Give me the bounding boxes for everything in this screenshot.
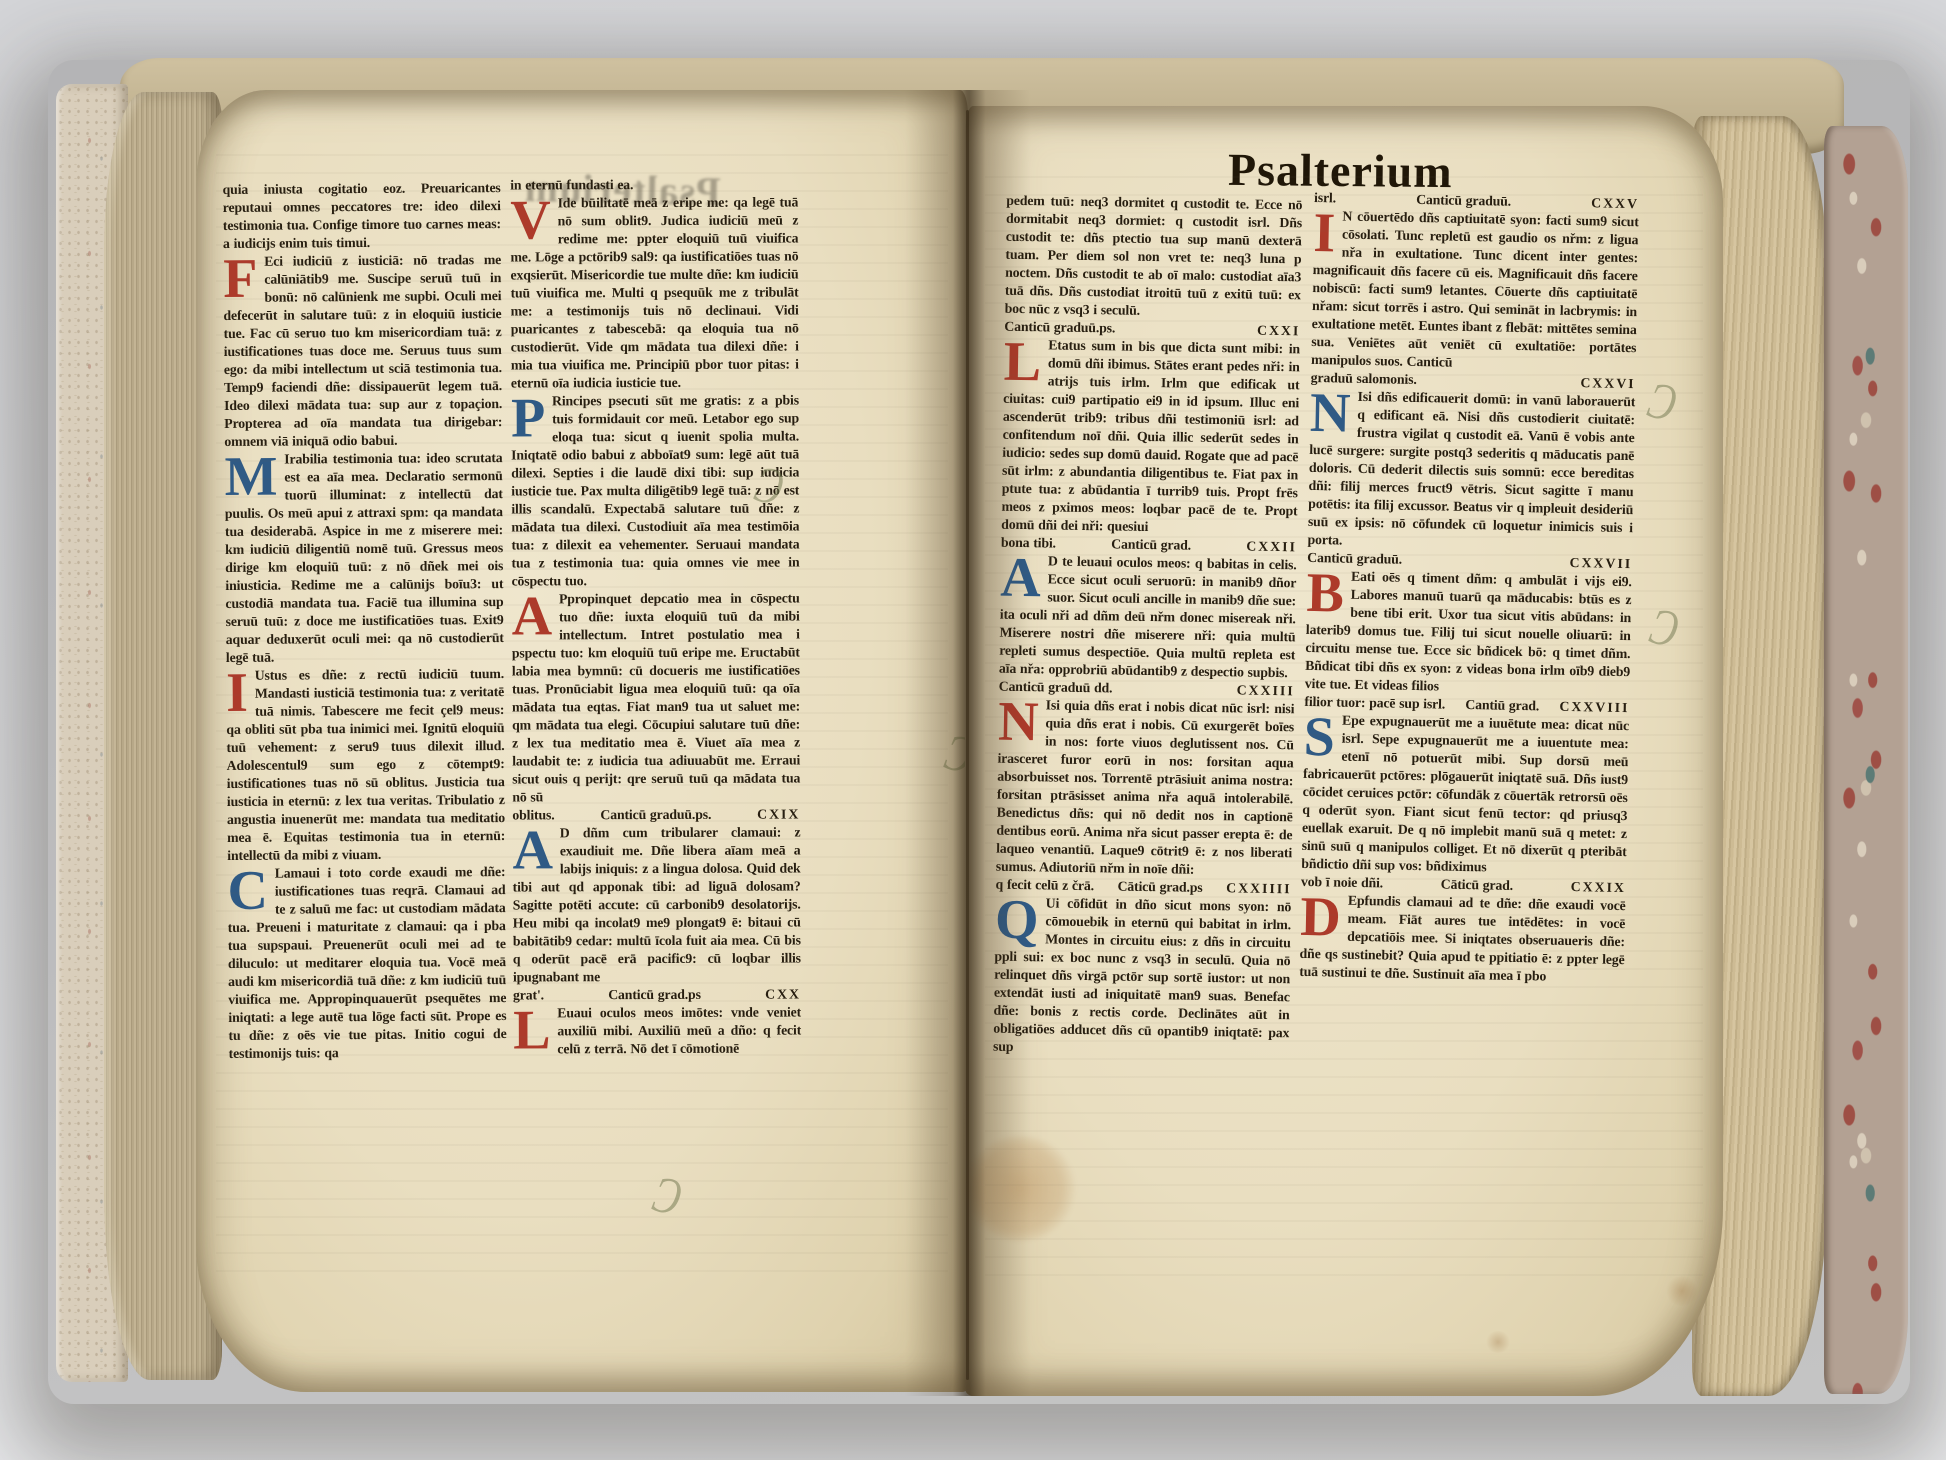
psalm-numeral: CXXVI <box>1580 374 1636 393</box>
psalm-paragraph: PRincipes psecuti sūt me gratis: z a pbi… <box>511 391 800 590</box>
left-page: Psalterium quia iniusta cogitatio eoz. P… <box>196 90 968 1392</box>
psalm-paragraph: QUi cōfidūt in dño sicut mons syon: nō c… <box>993 894 1292 1061</box>
psalm-numeral: CXIX <box>757 805 800 823</box>
continuation-paragraph: in eternū fundasti ea. <box>510 176 798 195</box>
fox-spot <box>1485 1331 1511 1353</box>
illuminated-initial: L <box>513 1004 557 1058</box>
illuminated-initial: B <box>1306 567 1351 622</box>
section-heading: oblitus.Canticū graduū.ps.CXIX <box>512 805 800 824</box>
psalm-paragraph: CLamaui i toto corde exaudi me dñe: iust… <box>227 863 506 1063</box>
psalm-paragraph: AD dñm cum tribularer clamaui: z exaudiu… <box>512 823 801 986</box>
illuminated-initial: A <box>1000 552 1048 607</box>
psalm-paragraph: VIde būilitatē meā z eripe me: qa legē t… <box>510 194 799 393</box>
psalm-paragraph: LEtatus sum in bis que dicta sunt mibi: … <box>1001 336 1300 539</box>
psalm-paragraph: BEati oēs q timent dñm: q ambulāt i vijs… <box>1305 567 1632 699</box>
psalm-paragraph: NIsi dñs edificauerit domū: in vanū labo… <box>1307 387 1635 555</box>
heading-label: Canticū grad. <box>1111 535 1191 554</box>
text-column-4: isrl.Canticū graduū.CXXVIN cōuertēdo dñs… <box>1296 189 1639 1161</box>
psalm-numeral: CXX <box>765 985 801 1003</box>
psalm-paragraph: SEpe expugnauerūt me a iuuētute mea: dic… <box>1301 711 1629 879</box>
continuation-paragraph: quia iniusta cogitatio eoz. Preuaricante… <box>223 179 501 253</box>
text-column-3: pedem tuū: neq3 dormitet q custodit te. … <box>992 192 1303 1145</box>
illuminated-initial: P <box>511 392 552 446</box>
heading-label: Canticū graduū.ps. <box>600 806 711 824</box>
psalm-numeral: CXXV <box>1591 194 1639 213</box>
illuminated-initial: D <box>1300 891 1348 946</box>
heading-lead-text: bona tibi. <box>1001 534 1056 553</box>
text-column-2: in eternū fundasti ea.VIde būilitatē meā… <box>510 176 802 1233</box>
psalm-numeral: CXXIIII <box>1226 879 1292 898</box>
heading-lead-text: vob ī noie dñi. <box>1301 873 1383 893</box>
psalm-numeral: CXXII <box>1246 538 1297 557</box>
psalm-paragraph: IN cōuertēdo dñs captiuitatē syon: facti… <box>1311 207 1639 375</box>
right-page: Psalterium pedem tuū: neq3 dormitet q cu… <box>965 106 1723 1396</box>
illuminated-initial: C <box>227 865 275 919</box>
heading-label: Canticū graduū. <box>1416 191 1511 211</box>
photo-background: Psalterium quia iniusta cogitatio eoz. P… <box>0 0 1946 1460</box>
heading-lead-text: q fecit celū z črā. <box>995 876 1094 896</box>
heading-label: Canticū grad.ps <box>608 986 701 1004</box>
illuminated-initial: L <box>1003 336 1048 391</box>
illuminated-initial: V <box>510 194 557 248</box>
heading-label: graduū salomonis. <box>1311 369 1417 389</box>
illuminated-initial: N <box>998 696 1046 751</box>
pen-squiggle: Ɔ <box>1644 595 1685 661</box>
marbled-board-edge <box>1824 126 1908 1394</box>
gutter-crease <box>966 110 969 1380</box>
heading-lead-text: grat'. <box>513 986 544 1004</box>
illuminated-initial: A <box>512 824 559 878</box>
psalm-paragraph: AD te leuaui oculos meos: q babitas in c… <box>999 552 1297 683</box>
illuminated-initial: A <box>512 590 559 644</box>
fox-spot <box>1665 1276 1699 1306</box>
psalm-numeral: CXXI <box>1257 322 1301 341</box>
psalm-paragraph: DEpfundis clamaui ad te dñe: dñe exaudi … <box>1299 891 1626 987</box>
illuminated-initial: F <box>223 253 264 307</box>
heading-label: Cāticū grad.ps <box>1117 878 1202 897</box>
illuminated-initial: I <box>1313 207 1343 262</box>
text-column-1: quia iniusta cogitatio eoz. Preuaricante… <box>223 179 508 1167</box>
psalm-paragraph: LEuaui oculos meos imōtes: vnde veniet a… <box>513 1003 801 1058</box>
ink-stain <box>965 1136 1075 1241</box>
continuation-paragraph: pedem tuū: neq3 dormitet q custodit te. … <box>1004 192 1302 323</box>
heading-label: Canticū graduū dd. <box>999 678 1113 698</box>
psalm-paragraph: MIrabilia testimonia tua: ideo scrutata … <box>224 449 504 667</box>
section-heading: grat'.Canticū grad.psCXX <box>513 985 801 1004</box>
illuminated-initial: M <box>224 451 284 505</box>
illuminated-initial: N <box>1309 387 1357 442</box>
illuminated-initial: I <box>226 667 255 721</box>
psalm-numeral: CXXVIII <box>1559 698 1629 717</box>
pen-squiggle: Ɔ <box>1642 369 1683 435</box>
heading-label: Cantiū grad. <box>1465 696 1539 715</box>
heading-lead-text: filior tuor: pacē sup isrl. <box>1304 693 1445 714</box>
illuminated-initial: S <box>1303 711 1342 766</box>
psalm-paragraph: NIsi quia dñs erat i nobis dicat nūc isr… <box>996 696 1295 881</box>
psalm-numeral: CXXVII <box>1569 554 1632 573</box>
heading-label: Canticū graduū. <box>1307 549 1402 569</box>
psalm-numeral: CXXIII <box>1237 681 1295 700</box>
psalm-paragraph: FEci iudiciū z iusticiā: nō tradas me ca… <box>223 251 502 451</box>
heading-label: Canticū graduū.ps. <box>1004 318 1115 338</box>
heading-lead-text: isrl. <box>1314 189 1336 207</box>
psalm-paragraph: IUstus es dñe: z rectū iudiciū tuum. Man… <box>226 665 505 865</box>
psalm-paragraph: APpropinquet depcatio mea in cōspectu tu… <box>512 589 801 806</box>
psalm-numeral: CXXIX <box>1571 878 1627 897</box>
heading-label: Cāticū grad. <box>1441 876 1514 895</box>
heading-lead-text: oblitus. <box>512 806 554 824</box>
illuminated-initial: Q <box>995 894 1046 949</box>
